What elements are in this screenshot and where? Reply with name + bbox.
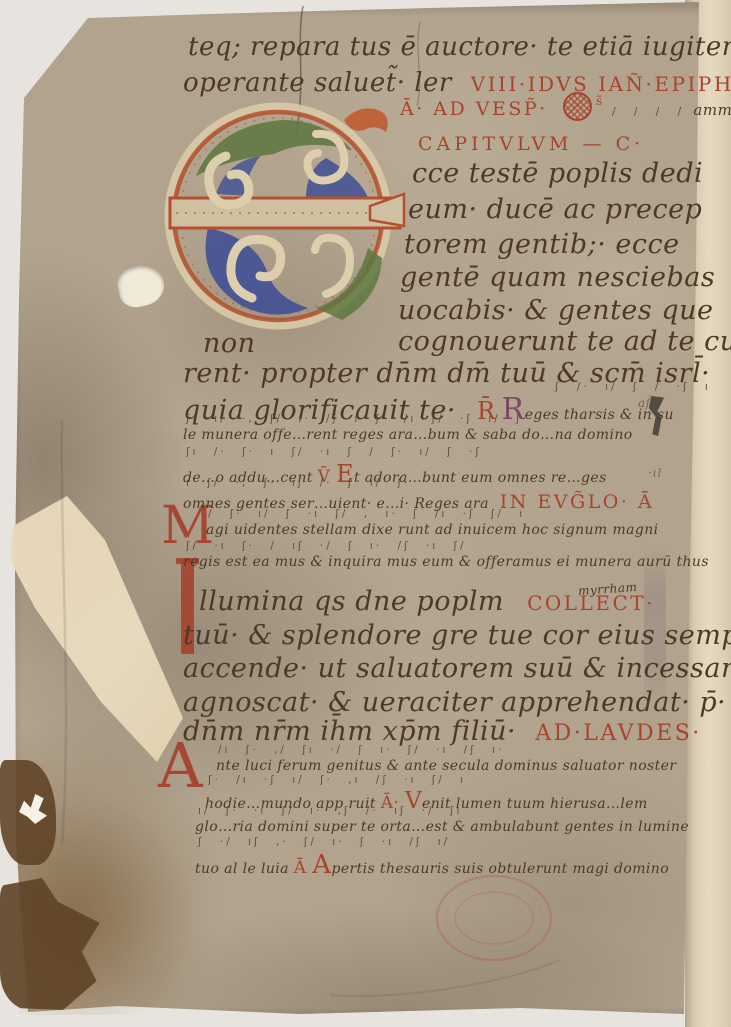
chant-text: pertis thesauris suis obtulerunt magi do… (331, 861, 669, 877)
chant-line-magi: agi uidentes stellam dixe runt ad inuice… (206, 522, 659, 538)
lesson-line: gentē quam nesciebas (400, 262, 715, 293)
lesson-line: uocabis· & gentes que (398, 295, 714, 326)
lesson-line: cce testē poplis dedi (412, 158, 703, 189)
responsory-text: eges tharsis & in su (525, 407, 674, 423)
vespers-cue-line: Ā· AD VESP̃· s̃ / / / / ammirabile· (400, 92, 731, 121)
antiphon-incipit: ammirabile· (693, 101, 731, 119)
neume-row: ʃ/ ·ı ʃ· / ıʃ ·/ ʃ ı· /ʃ ·ı ʃ/ (186, 540, 467, 552)
antiphon-cue-mark: Ā (294, 858, 312, 878)
lesson-line: torem gentib;· ecce (404, 229, 680, 260)
collect-line-2: tuū· & splendore gre tue cor eius semp (183, 620, 731, 651)
collect-text: llumina qs dne poplm (199, 586, 504, 617)
lauds-antiphon-line: nte luci ferum genitus & ante secula dom… (216, 758, 676, 774)
lauds-antiphon-line: tuo al le luia Ā Apertis thesauris suis … (195, 850, 669, 880)
lesson-line-split-left: non (203, 328, 256, 359)
chant-text: tuo al le luia (195, 861, 294, 877)
collect-line-3: accende· ut saluatorem suū & incessant̃ (183, 653, 731, 684)
rubric-collect: COLLECT· (527, 591, 655, 615)
lauds-antiphon-line: glo…ria domini super te orta…est & ambul… (195, 819, 689, 835)
neume-row: ʃ· ı/ ·, ʃ/ ı· /ʃ ı ʃ· /ı ʃ/ ·ʃ ı/ ʃ (186, 413, 523, 425)
manuscript-photo: M A teq; repara tus ē auctore· te etiā i… (0, 0, 731, 1027)
collect-line-1: llumina qs dne poplm COLLECT· (199, 586, 655, 617)
text-line-collect-end-1: teq; repara tus ē auctore· te etiā iugit… (188, 32, 731, 62)
superscript-letter: s̃ (596, 94, 603, 108)
rubric-ad-laudes: AD·LAVDES· (535, 721, 702, 746)
lesson-line-split-right: cognouerunt te ad te cur (398, 326, 731, 357)
neume-row: ʃ /· ı/ ʃ / ·ʃ ı (555, 381, 711, 393)
line-filler: — (583, 133, 606, 155)
decorated-o-initial (563, 92, 592, 121)
lesson-line: eum· ducē ac precep (408, 194, 702, 225)
neume-row: ʃ· /ı ·ʃ ı/ ʃ· ,ı /ʃ ·ı ʃ/ ı (208, 774, 466, 786)
margin-mark: aſ̃ (638, 396, 651, 410)
illuminated-initial-E (156, 98, 408, 338)
chant-line: regis est ea mus & inquira mus eum & off… (183, 554, 709, 570)
neume-row: ʃı /· ʃ· ı ʃ/ ·ı ʃ / ʃ· ı/ ʃ ·ʃ (186, 446, 482, 458)
collect-text: dn̄m nr̄m ih̄m xp̄m filiū· (183, 716, 516, 747)
collect-line-5: dn̄m nr̄m ih̄m xp̄m filiū· AD·LAVDES· (183, 716, 702, 747)
library-stamp (428, 870, 558, 970)
rubric-ad-vesperas: Ā· AD VESP̃· (400, 98, 548, 120)
margin-mark: ·ɩl (648, 466, 662, 480)
collect-line-4: agnoscat· & ueraciter apprehendat· p̄· (183, 687, 726, 718)
chant-line: le munera offe…rent reges ara…bum & saba… (183, 427, 633, 443)
rubric-capitulum: CAPITVLVM — C· (418, 133, 644, 155)
neume-row: ı/ ʃ· ·ı ʃ/ ı· ,ʃ /· ıʃ ·/ ʃı (198, 805, 462, 817)
antiphon-initial: A (312, 850, 331, 880)
neume-row: ʃ ·/ ıʃ ,· ʃ/ ı· ʃ ·ı /ʃ ı/ (198, 836, 450, 848)
neume-row: / / / / (612, 106, 684, 118)
rubric-capitulum-letter: C· (616, 133, 645, 155)
neume-row: ı ʃ/ ·, ʃ· ıʃ /· ʃ ı/ ʃ· (186, 477, 410, 489)
rubric-capitulum-word: CAPITVLVM (418, 133, 572, 155)
neume-row: /ı ʃ· ,/ ʃı ·/ ʃ ı· ʃ/ ·ı /ʃ ı· (218, 744, 504, 756)
neume-row: / ʃ· ı/ ʃ ·ı ʃ/ , ı· ʃ /ı ·ʃ ʃ/ ı (208, 508, 525, 520)
